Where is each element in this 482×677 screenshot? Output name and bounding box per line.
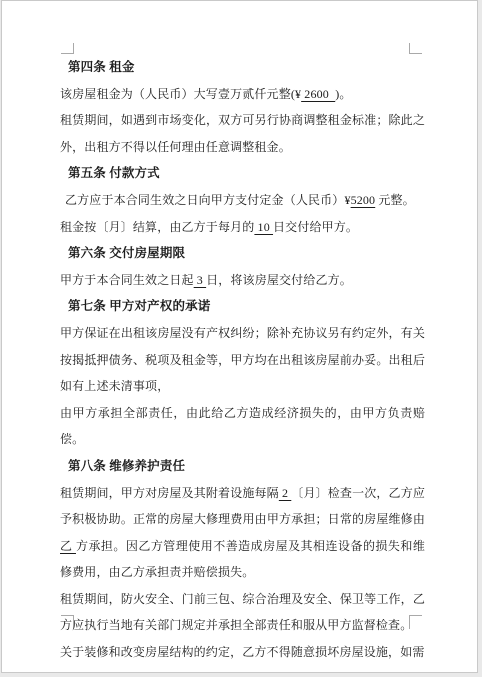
paragraph: 租金按〔月〕结算，由乙方于每月的 10 日交付给甲方。 — [60, 214, 425, 241]
contract-section: 第五条 付款方式乙方应于本合同生效之日向甲方支付定金（人民币）¥5200 元整。… — [60, 160, 425, 240]
underlined-fill-in-value: 乙 — [60, 539, 76, 553]
text-run: 方承担。因乙方管理使用不善造成房屋及其相连设备的损失和维修费用，由乙方承担责并赔… — [60, 539, 425, 580]
contract-body: 第四条 租金该房屋租金为（人民币）大写壹万贰仟元整(¥ 2600 )。租赁期间，… — [60, 54, 425, 666]
text-run: 日交付给甲方。 — [273, 220, 358, 234]
section-heading: 第七条 甲方对产权的承诺 — [68, 293, 425, 320]
contract-section: 第六条 交付房屋期限甲方于本合同生效之日起 3 日，将该房屋交付给乙方。 — [60, 240, 425, 293]
contract-section: 第七条 甲方对产权的承诺甲方保证在出租该房屋没有产权纠纷；除补充协议另有约定外，… — [60, 293, 425, 453]
section-heading: 第八条 维修养护责任 — [68, 453, 425, 480]
text-run: 甲方保证在出租该房屋没有产权纠纷；除补充协议另有约定外，有关按揭抵押债务、税项及… — [60, 326, 425, 393]
underlined-fill-in-value: 2 — [279, 486, 291, 500]
text-run: 关于装修和改变房屋结构的约定，乙方不得随意损坏房屋设施，如需 — [60, 645, 425, 659]
underlined-fill-in-value: 10 — [254, 220, 273, 234]
text-run: 租金按〔月〕结算，由乙方于每月的 — [60, 220, 254, 234]
contract-section: 第八条 维修养护责任租赁期间，甲方对房屋及其附着设施每隔 2 〔月〕检查一次，乙… — [60, 453, 425, 666]
paragraph: 关于装修和改变房屋结构的约定，乙方不得随意损坏房屋设施，如需 — [60, 639, 425, 666]
paragraph: 甲方于本合同生效之日起 3 日，将该房屋交付给乙方。 — [60, 267, 425, 294]
text-run: 乙方应于本合同生效之日向甲方支付定金（人民币）¥ — [65, 193, 351, 207]
text-run: 日，将该房屋交付给乙方。 — [206, 273, 352, 287]
text-run: 甲方于本合同生效之日起 — [60, 273, 194, 287]
section-heading: 第五条 付款方式 — [68, 160, 425, 187]
paragraph: 甲方保证在出租该房屋没有产权纠纷；除补充协议另有约定外，有关按揭抵押债务、税项及… — [60, 320, 425, 400]
paragraph: 由甲方承担全部责任，由此给乙方造成经济损失的，由甲方负责赔偿。 — [60, 400, 425, 453]
contract-section: 第四条 租金该房屋租金为（人民币）大写壹万贰仟元整(¥ 2600 )。租赁期间，… — [60, 54, 425, 160]
text-run: 租赁期间，防火安全、门前三包、综合治理及安全、保卫等工作，乙方应执行当地有关部门… — [60, 592, 425, 633]
text-run: 由甲方承担全部责任，由此给乙方造成经济损失的，由甲方负责赔偿。 — [60, 406, 425, 447]
crop-mark-top-left — [61, 43, 74, 54]
crop-mark-top-right — [409, 43, 422, 54]
text-run: )。 — [335, 87, 351, 101]
underlined-fill-in-value: 5200 — [351, 193, 376, 207]
section-heading: 第六条 交付房屋期限 — [68, 240, 425, 267]
underlined-fill-in-value: 3 — [194, 273, 206, 287]
text-run: 该房屋租金为（人民币）大写壹万贰仟元整(¥ — [60, 87, 301, 101]
paragraph: 该房屋租金为（人民币）大写壹万贰仟元整(¥ 2600 )。 — [60, 81, 425, 108]
text-run: 租赁期间，如遇到市场变化，双方可另行协商调整租金标准；除此之外，出租方不得以任何… — [60, 113, 425, 154]
paragraph: 租赁期间，防火安全、门前三包、综合治理及安全、保卫等工作，乙方应执行当地有关部门… — [60, 586, 425, 639]
text-run: 租赁期间，甲方对房屋及其附着设施每隔 — [60, 486, 279, 500]
paragraph: 租赁期间，甲方对房屋及其附着设施每隔 2 〔月〕检查一次，乙方应予积极协助。正常… — [60, 480, 425, 586]
paragraph: 租赁期间，如遇到市场变化，双方可另行协商调整租金标准；除此之外，出租方不得以任何… — [60, 107, 425, 160]
section-heading: 第四条 租金 — [68, 54, 425, 81]
document-page: 第四条 租金该房屋租金为（人民币）大写壹万贰仟元整(¥ 2600 )。租赁期间，… — [1, 0, 478, 673]
text-run: 元整。 — [375, 193, 415, 207]
underlined-fill-in-value: 2600 — [301, 87, 335, 101]
paragraph: 乙方应于本合同生效之日向甲方支付定金（人民币）¥5200 元整。 — [60, 187, 425, 214]
